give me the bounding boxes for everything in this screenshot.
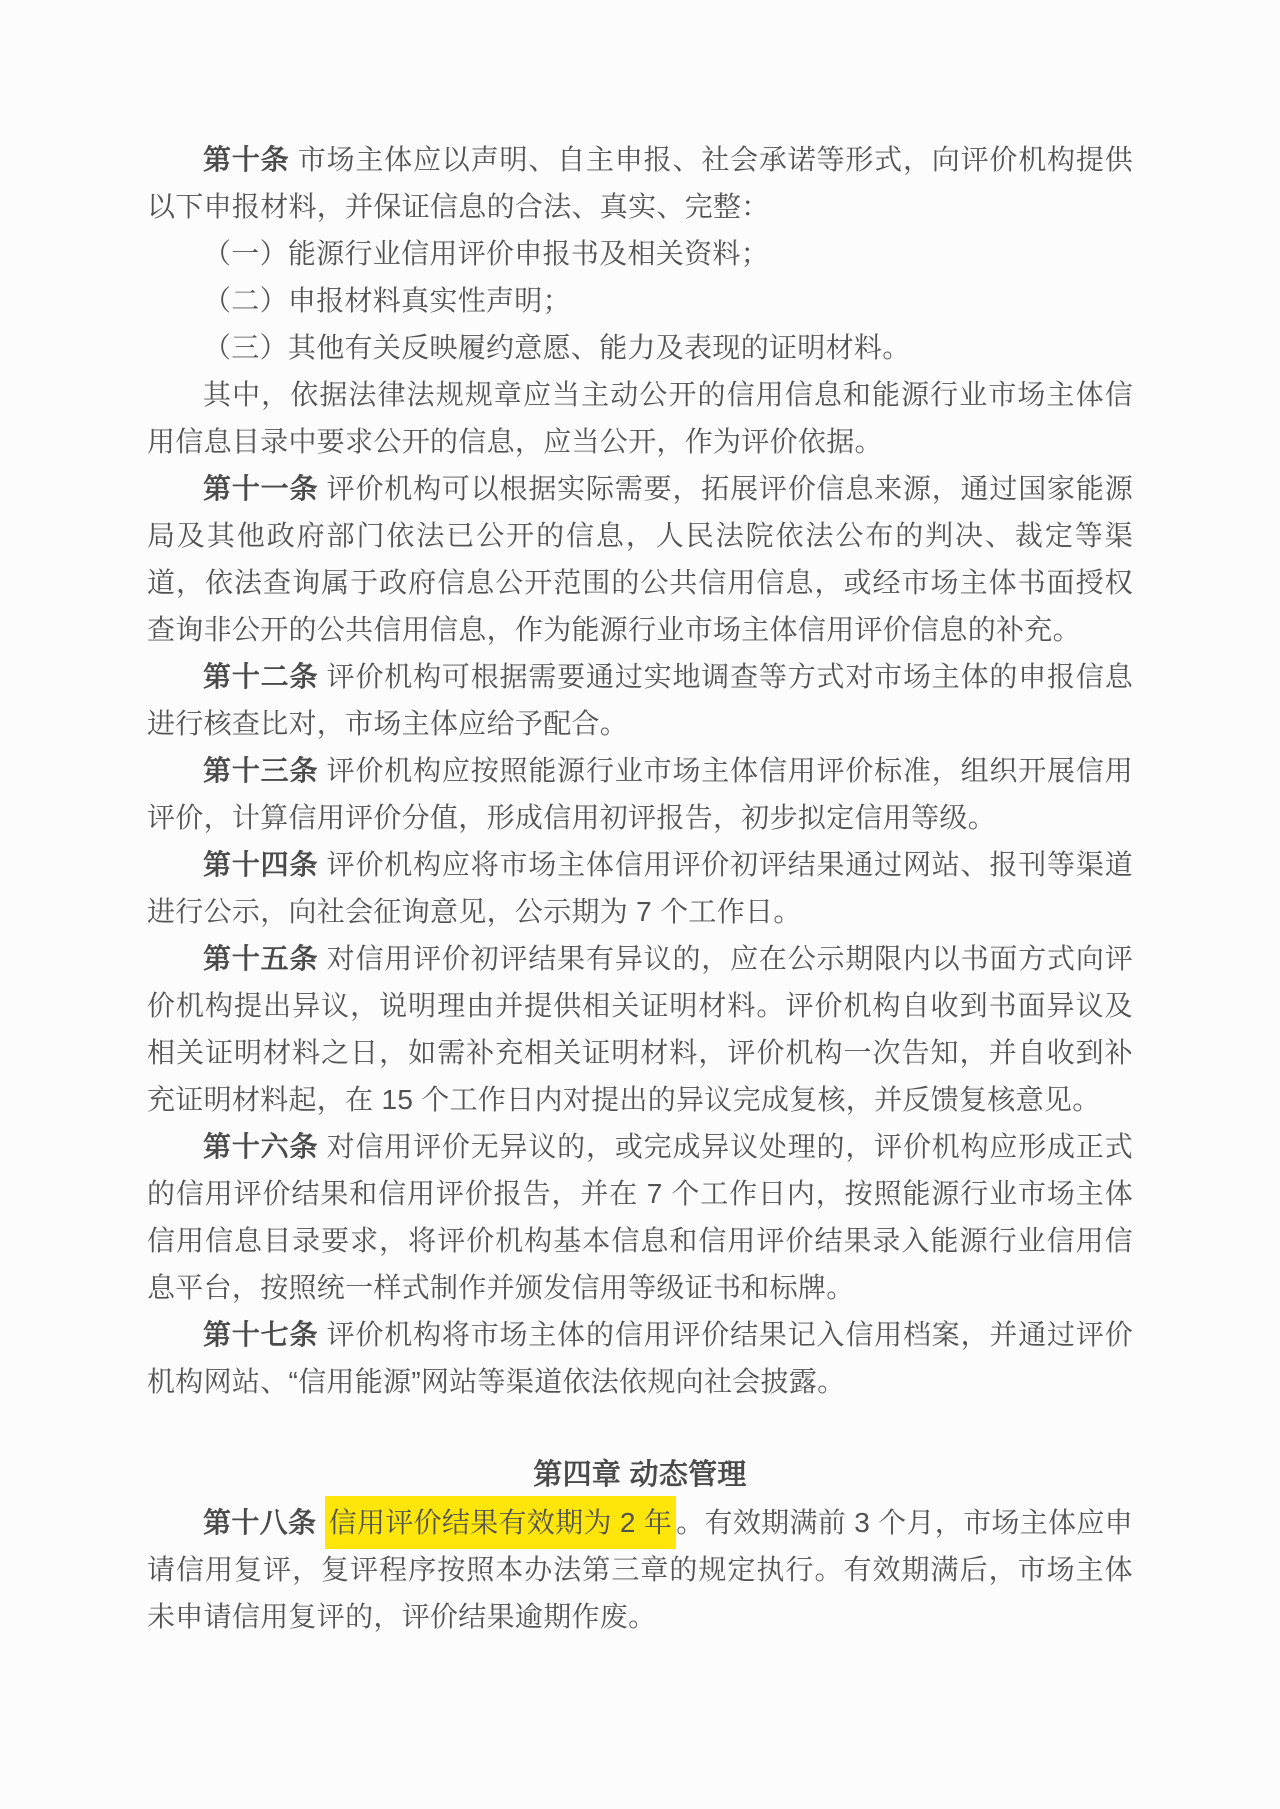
paragraph-article-18: 第十八条信用评价结果有效期为 2 年。有效期满前 3 个月，市场主体应申请信用复… bbox=[147, 1499, 1133, 1640]
paragraph-supplement: 其中，依据法律法规规章应当主动公开的信用信息和能源行业市场主体信用信息目录中要求… bbox=[147, 371, 1133, 465]
item-3-text: （三）其他有关反映履约意愿、能力及表现的证明材料。 bbox=[203, 332, 911, 363]
paragraph-article-10: 第十条市场主体应以声明、自主申报、社会承诺等形式，向评价机构提供以下申报材料，并… bbox=[147, 136, 1133, 230]
paragraph-item-1: （一）能源行业信用评价申报书及相关资料； bbox=[147, 230, 1133, 277]
article-18-number: 第十八条 bbox=[203, 1507, 316, 1538]
paragraph-item-2: （二）申报材料真实性声明； bbox=[147, 277, 1133, 324]
article-13-number: 第十三条 bbox=[203, 755, 318, 786]
paragraph-item-3: （三）其他有关反映履约意愿、能力及表现的证明材料。 bbox=[147, 324, 1133, 371]
paragraph-article-12: 第十二条评价机构可根据需要通过实地调查等方式对市场主体的申报信息进行核查比对，市… bbox=[147, 653, 1133, 747]
article-14-number: 第十四条 bbox=[203, 849, 318, 880]
highlight-span: 信用评价结果有效期为 2 年 bbox=[325, 1496, 677, 1549]
paragraph-article-13: 第十三条评价机构应按照能源行业市场主体信用评价标准，组织开展信用评价，计算信用评… bbox=[147, 747, 1133, 841]
article-11-number: 第十一条 bbox=[203, 473, 318, 504]
paragraph-article-14: 第十四条评价机构应将市场主体信用评价初评结果通过网站、报刊等渠道进行公示，向社会… bbox=[147, 841, 1133, 935]
supplement-text: 其中，依据法律法规规章应当主动公开的信用信息和能源行业市场主体信用信息目录中要求… bbox=[147, 379, 1133, 457]
article-12-number: 第十二条 bbox=[203, 661, 318, 692]
chapter-4-heading: 第四章 动态管理 bbox=[147, 1452, 1133, 1499]
paragraph-article-11: 第十一条评价机构可以根据实际需要，拓展评价信息来源，通过国家能源局及其他政府部门… bbox=[147, 465, 1133, 653]
article-15-number: 第十五条 bbox=[203, 943, 318, 974]
article-10-number: 第十条 bbox=[203, 144, 289, 175]
paragraph-article-15: 第十五条对信用评价初评结果有异议的，应在公示期限内以书面方式向评价机构提出异议，… bbox=[147, 935, 1133, 1123]
paragraph-article-16: 第十六条对信用评价无异议的，或完成异议处理的，评价机构应形成正式的信用评价结果和… bbox=[147, 1123, 1133, 1311]
item-2-text: （二）申报材料真实性声明； bbox=[203, 285, 571, 316]
article-17-number: 第十七条 bbox=[203, 1319, 318, 1350]
article-16-number: 第十六条 bbox=[203, 1131, 318, 1162]
item-1-text: （一）能源行业信用评价申报书及相关资料； bbox=[203, 238, 769, 269]
document-page: 第十条市场主体应以声明、自主申报、社会承诺等形式，向评价机构提供以下申报材料，并… bbox=[0, 0, 1280, 1809]
paragraph-article-17: 第十七条评价机构将市场主体的信用评价结果记入信用档案，并通过评价机构网站、“信用… bbox=[147, 1311, 1133, 1405]
article-10-text: 市场主体应以声明、自主申报、社会承诺等形式，向评价机构提供以下申报材料，并保证信… bbox=[147, 144, 1133, 222]
